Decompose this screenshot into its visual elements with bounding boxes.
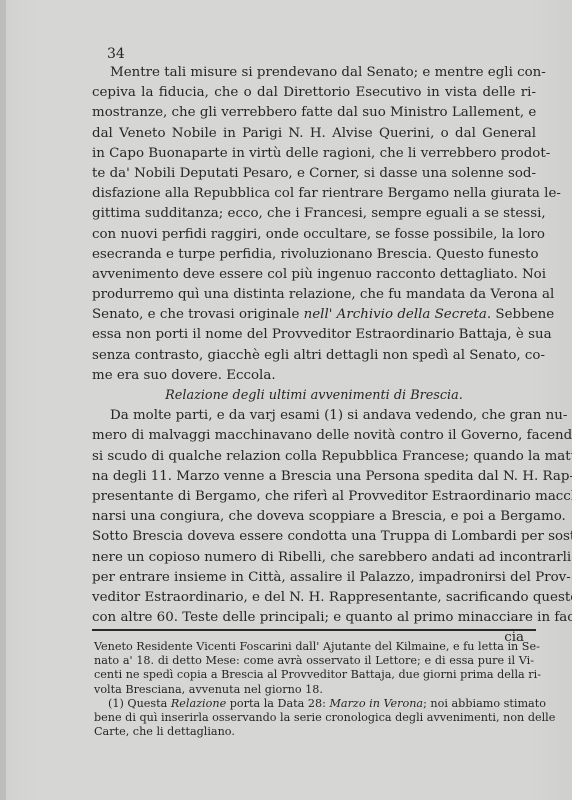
text-line: essa non porti il nome del Provveditor E… [92,325,536,345]
text-line: produrremo quì una distinta relazione, c… [92,285,536,305]
text-line: Da molte parti, e da varj esami (1) si a… [92,406,536,426]
text-fragment: ; noi abbiamo stimato [423,697,546,710]
page-number: 34 [107,46,125,62]
footnote-1-line: (1) Questa Relazione porta la Data 28: M… [94,697,534,711]
text-line: mostranze, che gli verrebbero fatte dal … [92,103,536,123]
text-line: nere un copioso numero di Ribelli, che s… [92,548,536,568]
page-gutter-edge [0,0,6,800]
text-line: si scudo di qualche relazion colla Repub… [92,447,536,467]
footnote-line: bene di quì inserirla osservando la seri… [94,711,534,725]
text-line: dal Veneto Nobile in Parigi N. H. Alvise… [92,124,536,144]
footnote-line: centi ne spedì copia a Brescia al Provve… [94,668,534,682]
footnote-line: volta Bresciana, avvenuta nel giorno 18. [94,683,534,697]
section-heading: Relazione degli ultimi avvenimenti di Br… [92,386,536,406]
text-line: senza contrasto, giacchè egli altri dett… [92,346,536,366]
text-line: te da' Nobili Deputati Pesaro, e Corner,… [92,164,536,184]
text-line: mero di malvaggi macchinavano delle novi… [92,426,536,446]
text-line: gittima sudditanza; ecco, che i Francesi… [92,204,536,224]
text-line: Mentre tali misure si prendevano dal Sen… [92,63,536,83]
text-fragment: Senato, e che trovasi originale [92,307,304,322]
text-line: presentante di Bergamo, che riferì al Pr… [92,487,536,507]
text-line: veditor Estraordinario, e del N. H. Rapp… [92,588,536,608]
footnote-line: Carte, che li dettagliano. [94,725,534,739]
text-line: con nuovi perfidi raggiri, onde occultar… [92,225,536,245]
main-text: Mentre tali misure si prendevano dal Sen… [92,63,536,648]
text-line-archive: Senato, e che trovasi originale nell' Ar… [92,305,536,325]
text-line: per entrare insieme in Città, assalire i… [92,568,536,588]
text-line: disfazione alla Repubblica col far rient… [92,184,536,204]
footnote-divider [92,629,536,631]
text-line: avvenimento deve essere col più ingenuo … [92,265,536,285]
italic-fragment: Marzo in Verona [329,697,423,710]
text-line: narsi una congiura, che doveva scoppiare… [92,507,536,527]
text-fragment: . Sebbene [487,307,554,322]
italic-archive-name: nell' Archivio della Secreta [304,307,487,322]
footnote-line: nato a' 18. di detto Mese: come avrà oss… [94,654,534,668]
text-line: Sotto Brescia doveva essere condotta una… [92,527,536,547]
text-fragment: (1) Questa [108,697,171,710]
text-line: con altre 60. Teste delle principali; e … [92,608,536,628]
text-line: me era suo dovere. Eccola. [92,366,536,386]
text-line: in Capo Buonaparte in virtù delle ragion… [92,144,536,164]
text-line: na degli 11. Marzo venne a Brescia una P… [92,467,536,487]
text-line: esecranda e turpe perfidia, rivoluzionan… [92,245,536,265]
italic-fragment: Relazione [171,697,226,710]
text-line: cepiva la fiducia, che o dal Direttorio … [92,83,536,103]
footnote-line: Veneto Residente Vicenti Foscarini dall'… [94,640,534,654]
text-fragment: porta la Data 28: [226,697,329,710]
footnotes: Veneto Residente Vicenti Foscarini dall'… [94,640,534,739]
